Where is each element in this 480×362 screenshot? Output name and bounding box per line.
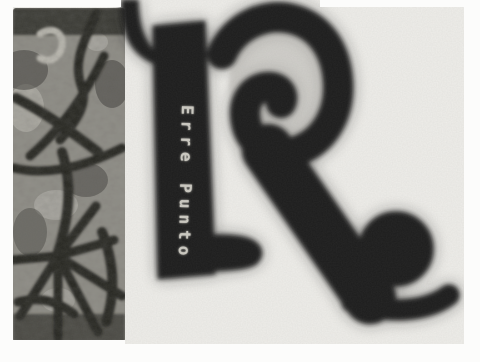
scan-noise-overlay bbox=[0, 0, 480, 362]
brand-name-vertical-text: Erre Punto bbox=[163, 105, 197, 292]
logo-image: Erre Punto bbox=[0, 0, 480, 362]
erre-punto-logo-artwork bbox=[0, 0, 480, 362]
